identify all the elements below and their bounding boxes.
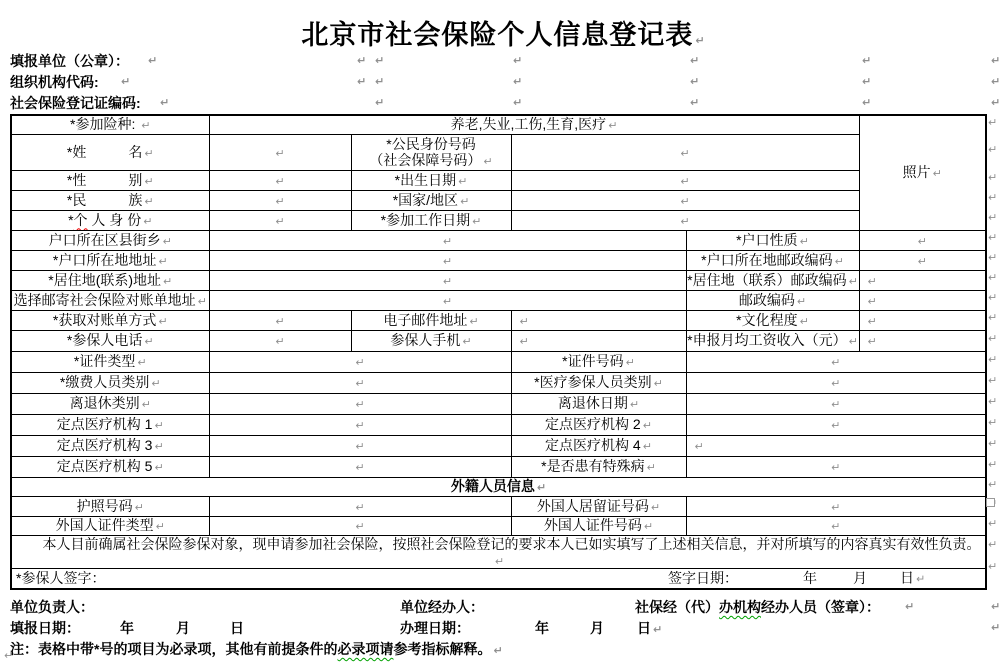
pilcrow-mark: ↵ [988,478,997,491]
text-segment: *参保人签字： [16,570,105,586]
empty-value-cell[interactable]: ↵ [209,230,686,250]
text-segment: *姓 名 [67,144,142,160]
pilcrow-mark: ↵ [862,96,871,109]
pilcrow-mark: ↵ [831,419,840,432]
text-segment: 日 [230,620,244,636]
pilcrow-mark: ↵ [868,335,877,348]
field-label-cell: *姓 名↵ [11,134,209,170]
footer-field-label: 单位负责人： [10,597,94,617]
pilcrow-mark: ↵ [653,623,662,636]
footer-field-label: 办理日期： [400,618,470,638]
text-segment: *缴费人员类别 [60,374,149,390]
pilcrow-mark: ↵ [797,295,806,308]
pilcrow-mark: ↵ [154,461,163,474]
empty-value-cell[interactable]: ↵ [209,330,351,351]
field-label-cell: 外国人居留证号码↵ [511,496,686,516]
empty-value-cell[interactable]: ↵ [511,210,859,230]
pilcrow-mark: ↵ [918,255,927,268]
empty-value-cell[interactable]: ↵ [209,270,686,290]
empty-value-cell[interactable]: ↵ [686,435,986,456]
field-label-cell: *参加险种: ↵ [11,115,209,134]
pilcrow-mark: ↵ [443,275,452,288]
pilcrow-mark: ↵ [651,501,660,514]
pilcrow-mark: ↵ [988,458,997,471]
header-field-label: 组织机构代码: [10,72,99,92]
table-row: 选择邮寄社会保险对账单地址↵↵邮政编码↵↵ [11,290,986,310]
pilcrow-mark: ↵ [831,356,840,369]
text-segment: *参加险种: [70,116,139,132]
pilcrow-mark: ↵ [868,295,877,308]
pilcrow-mark: ↵ [357,75,366,88]
header-field-label: 填报单位（公章）： [10,51,129,71]
pilcrow-mark: ↵ [862,54,871,67]
text-segment: 外国人证件号码 [544,517,642,533]
empty-value-cell[interactable]: ↵ [209,393,511,414]
pilcrow-mark: ↵ [991,75,1000,88]
field-label-cell: *国家/地区↵ [351,190,511,210]
pilcrow-mark: ↵ [988,437,997,450]
pilcrow-mark: ↵ [988,251,997,264]
footer-line: 注：表格中带*号的项目为必录项，其他有前提条件的必录项请参考指标解释。↵ [0,639,1007,657]
text-segment: *户口所在地地址 [53,252,156,268]
signature-date-field: 签字日期： [668,570,738,586]
empty-value-cell[interactable]: ↵ [686,372,986,393]
pilcrow-mark: ↵ [144,335,153,348]
table-row: *个 人 身 份↵↵*参加工作日期↵↵ [11,210,986,230]
pilcrow-mark: ↵ [680,215,689,228]
pilcrow-mark: ↵ [988,231,997,244]
pilcrow-mark: ↵ [154,440,163,453]
field-label-cell: 离退休类别↵ [11,393,209,414]
empty-value-cell[interactable]: ↵ [686,351,986,372]
pilcrow-mark: ↵ [988,517,997,530]
header-line: 组织机构代码:↵↵↵↵↵↵↵ [0,72,1007,90]
field-label-cell: *公民身份号码 （社会保障号码）↵ [351,134,511,170]
footer-field-label: 日 [230,618,244,638]
field-label-cell: *获取对账单方式↵ [11,310,209,330]
field-label-cell: *个 人 身 份↵ [11,210,209,230]
text-segment: *性 别 [67,172,142,188]
field-label-cell: *医疗参保人员类别↵ [511,372,686,393]
pilcrow-mark: ↵ [643,440,652,453]
text-segment: 填报单位（公章）： [10,53,129,69]
pilcrow-mark: ↵ [355,501,364,514]
table-row: *性 别↵↵*出生日期↵↵ [11,170,986,190]
pilcrow-mark: ↵ [849,335,858,348]
text-segment: 定点医疗机构 4 [545,437,641,453]
pilcrow-mark: ↵ [355,419,364,432]
declaration-statement: 本人目前确属社会保险参保对象，现申请参加社会保险，按照社会保险登记的要求本人已如… [11,535,986,569]
field-label-cell: *户口所在地地址↵ [11,250,209,270]
pilcrow-mark: ↵ [275,195,284,208]
field-label-cell: *户口所在地邮政编码↵ [686,250,859,270]
pilcrow-mark: ↵ [680,147,689,160]
table-row: 离退休类别↵↵离退休日期↵↵ [11,393,986,414]
field-label-cell: *性 别↵ [11,170,209,190]
empty-value-cell[interactable]: ↵ [209,134,351,170]
text-segment: 护照号码 [77,498,133,514]
pilcrow-mark: ↵ [835,255,844,268]
field-label-cell: *证件号码↵ [511,351,686,372]
text-segment: 社会保险登记证编码: [10,95,141,111]
pilcrow-mark: ↵ [144,175,153,188]
text-segment: *民 族 [67,192,142,208]
text-segment: *医疗参保人员类别 [534,374,651,390]
text-segment: 日 [900,570,914,586]
footer-line: 填报日期：年月日办理日期：年月日↵↵ [0,618,1007,636]
pilcrow-mark: ↵ [160,96,169,109]
footer-field-label: 月 [176,618,190,638]
table-row: *户口所在地地址↵↵*户口所在地邮政编码↵↵ [11,250,986,270]
table-row: 定点医疗机构 1↵↵定点医疗机构 2↵↵ [11,414,986,435]
header-field-label: 社会保险登记证编码: [10,93,141,113]
pilcrow-mark: ↵ [680,195,689,208]
text-segment: 定点医疗机构 2 [545,416,641,432]
text-segment: 组织机构代码: [10,74,99,90]
text-segment: 单位经办人： [400,599,484,615]
pilcrow-mark: ↵ [355,377,364,390]
text-segment: 参保人手机 [390,332,460,348]
spellcheck-underline: 个 [74,212,88,228]
field-label-cell: 选择邮寄社会保险对账单地址↵ [11,290,209,310]
pilcrow-mark: ↵ [375,96,384,109]
table-row: 定点医疗机构 3↵↵定点医疗机构 4↵↵ [11,435,986,456]
field-label-cell: 定点医疗机构 1↵ [11,414,209,435]
pilcrow-mark: ↵ [916,573,925,586]
pilcrow-mark: ↵ [355,398,364,411]
footer-field-label: 单位经办人： [400,597,484,617]
text-segment: *文化程度 [736,312,797,328]
table-row: 户口所在区县街乡↵↵*户口性质↵↵ [11,230,986,250]
pilcrow-mark: ↵ [121,75,130,88]
pilcrow-mark: ↵ [143,215,152,228]
empty-value-cell[interactable]: ↵ [209,351,511,372]
empty-value-cell[interactable]: ↵ [209,190,351,210]
empty-value-cell[interactable]: ↵ [209,210,351,230]
pilcrow-mark: ↵ [460,195,469,208]
pilcrow-mark: ↵ [513,75,522,88]
field-label-cell: 外国人证件号码↵ [511,516,686,535]
table-row: *获取对账单方式↵↵电子邮件地址↵↵*文化程度↵↵ [11,310,986,330]
spellcheck-underline: 必录项请 [337,641,393,657]
pilcrow-mark: ↵ [608,119,617,132]
text-segment: 年 [120,620,134,636]
pilcrow-mark: ↵ [988,311,997,324]
pilcrow-mark: ↵ [800,235,809,248]
empty-value-cell[interactable]: ↵ [511,190,859,210]
pilcrow-mark: ↵ [988,374,997,387]
pilcrow-mark: ↵ [4,649,13,662]
header-line: 填报单位（公章）：↵↵↵↵↵↵↵ [0,51,1007,69]
empty-value-cell[interactable]: ↵ [209,290,686,310]
signature-date-field: 月 [853,570,867,586]
table-row: *姓 名↵↵*公民身份号码 （社会保障号码）↵↵ [11,134,986,170]
pilcrow-mark: ↵ [988,191,997,204]
footer-field-label: 月 [590,618,604,638]
pilcrow-mark: ↵ [988,271,997,284]
text-segment: *参保人电话 [67,332,142,348]
table-row: *参保人电话↵↵参保人手机↵↵*申报月均工资收入（元）↵↵ [11,330,986,351]
empty-value-cell[interactable]: ↵ [209,170,351,190]
empty-value-cell[interactable]: ↵ [209,250,686,270]
table-row: 外国人证件类型↵↵外国人证件号码↵↵ [11,516,986,535]
table-row: *民 族↵↵*国家/地区↵↵ [11,190,986,210]
pilcrow-mark: ↵ [375,54,384,67]
pilcrow-mark: ↵ [643,419,652,432]
footer-field-label: 日↵ [637,618,662,638]
field-label-cell: *参保人电话↵ [11,330,209,351]
pilcrow-mark: ↵ [355,356,364,369]
pilcrow-mark: ↵ [988,332,997,345]
pilcrow-mark: ↵ [831,398,840,411]
empty-value-cell[interactable]: ↵ [209,496,511,516]
pilcrow-mark: ↵ [988,291,997,304]
field-label-cell: *申报月均工资收入（元）↵ [686,330,859,351]
empty-value-cell[interactable]: ↵ [686,414,986,435]
photo-box[interactable]: 照片↵ [859,115,986,230]
pilcrow-mark: ↵ [644,520,653,533]
text-segment: *居住地（联系）邮政编码 [687,272,846,288]
pilcrow-mark: ↵ [988,353,997,366]
pilcrow-mark: ↵ [472,215,481,228]
pilcrow-mark: ↵ [375,75,384,88]
pilcrow-mark: ↵ [991,621,1000,634]
pilcrow-mark: ↵ [275,175,284,188]
text-segment: 户口所在区县街乡 [49,232,161,248]
pilcrow-mark: ↵ [868,315,877,328]
pilcrow-mark: ↵ [483,155,492,168]
page-title-text: 北京市社会保险个人信息登记表 [301,20,693,50]
text-segment: *是否患有特殊病 [541,458,644,474]
pilcrow-mark: ↵ [647,461,656,474]
pilcrow-mark: ↵ [163,275,172,288]
pilcrow-mark: ↵ [991,54,1000,67]
pilcrow-mark: ↵ [988,171,997,184]
text-segment: 养老,失业,工伤,生育,医疗 [451,116,607,132]
empty-value-cell[interactable]: ↵ [209,372,511,393]
footer-field-label: 填报日期： [10,618,80,638]
pilcrow-mark: ↵ [144,195,153,208]
field-label-cell: *参加工作日期↵ [351,210,511,230]
pilcrow-mark: ↵ [988,211,997,224]
text-segment: 外籍人员信息 [451,478,535,494]
text-segment: *申报月均工资收入（元） [687,332,846,348]
empty-value-cell[interactable]: ↵ [859,250,986,270]
pilcrow-mark: ↵ [135,501,144,514]
text-segment: *获取对账单方式 [53,312,156,328]
text-segment: 邮政编码 [739,292,795,308]
table-row: *缴费人员类别↵↵*医疗参保人员类别↵↵ [11,372,986,393]
empty-value-cell[interactable]: ↵ [859,290,986,310]
empty-value-cell[interactable]: ↵ [511,330,686,351]
text-segment: *出生日期 [395,172,456,188]
table-row: *证件类型↵↵*证件号码↵↵ [11,351,986,372]
field-label-cell: 定点医疗机构 4↵ [511,435,686,456]
table-row: 外籍人员信息↵ [11,477,986,496]
text-segment: *证件号码 [562,353,623,369]
text-segment: 人 身 份 [88,212,142,228]
text-segment: 经办人员（签章）： [761,599,880,615]
pilcrow-mark: ↵ [148,54,157,67]
field-label-cell: 护照号码↵ [11,496,209,516]
pilcrow-mark: ↵ [537,481,546,494]
text-segment: 办理日期： [400,620,470,636]
pilcrow-mark: ↵ [355,440,364,453]
text-segment: 签字日期： [668,570,738,586]
registration-table: *参加险种: ↵养老,失业,工伤,生育,医疗↵照片↵*姓 名↵↵*公民身份号码 … [10,114,987,590]
field-label-cell: 定点医疗机构 3↵ [11,435,209,456]
pilcrow-mark: ↵ [154,419,163,432]
text-segment: 社保经（代） [635,599,719,615]
table-row: 护照号码↵↵外国人居留证号码↵↵ [11,496,986,516]
text-segment: 离退休类别 [70,395,140,411]
field-label-cell: 参保人手机↵ [351,330,511,351]
empty-value-cell[interactable]: ↵ [859,270,986,290]
pilcrow-mark: ↵ [933,167,942,180]
field-label-cell: 邮政编码↵ [686,290,859,310]
pilcrow-mark: ↵ [800,315,809,328]
empty-value-cell[interactable]: ↵ [209,414,511,435]
pilcrow-mark: ↵ [849,275,858,288]
empty-value-cell[interactable]: ↵ [686,516,986,535]
empty-value-cell[interactable]: ↵ [209,310,351,330]
pilcrow-mark: ↵ [495,555,504,568]
pilcrow-mark: ↵ [695,34,705,47]
text-segment: 照片 [903,164,931,180]
field-label-cell: *证件类型↵ [11,351,209,372]
empty-value-cell[interactable]: ↵ [209,516,511,535]
pilcrow-mark: ↵ [462,335,471,348]
empty-value-cell[interactable]: ↵ [859,330,986,351]
empty-value-cell[interactable]: ↵ [686,393,986,414]
header-line: 社会保险登记证编码:↵↵↵↵↵↵ [0,93,1007,111]
pilcrow-mark: ↵ [275,335,284,348]
pilcrow-mark: ↵ [988,395,997,408]
pilcrow-mark: ↵ [158,315,167,328]
pilcrow-mark: ↵ [988,116,997,129]
text-segment: 年 [535,620,549,636]
text-segment: *居住地(联系)地址 [48,272,161,288]
empty-value-cell[interactable]: ↵ [859,310,986,330]
signer-signature-row: *参保人签字：签字日期：年月日↵ [11,569,986,589]
text-segment: 填报日期： [10,620,80,636]
text-segment: *证件类型 [74,353,135,369]
table-row: *居住地(联系)地址↵↵*居住地（联系）邮政编码↵↵ [11,270,986,290]
field-label-cell: *缴费人员类别↵ [11,372,209,393]
pilcrow-mark: ↵ [513,54,522,67]
table-row: *参加险种: ↵养老,失业,工伤,生育,医疗↵照片↵ [11,115,986,134]
field-label-cell: 户口所在区县街乡↵ [11,230,209,250]
text-segment: 月 [590,620,604,636]
footer-field-label: 注：表格中带*号的项目为必录项，其他有前提条件的必录项请参考指标解释。↵ [10,639,503,659]
pilcrow-mark: ↵ [626,356,635,369]
pilcrow-mark: ↵ [991,600,1000,613]
text-segment: 年 [803,570,817,586]
text-segment: 电子邮件地址 [383,312,467,328]
pilcrow-mark: ↵ [137,356,146,369]
footer-line: 单位负责人：单位经办人：社保经（代）办机构经办人员（签章）：↵↵ [0,597,1007,615]
text-segment: 参考指标解释。 [393,641,491,657]
text-segment: 注：表格中带*号的项目为必录项，其他有前提条件的 [10,641,337,657]
pilcrow-mark: ↵ [680,175,689,188]
text-segment: 选择邮寄社会保险对账单地址 [14,292,196,308]
field-label-cell: 定点医疗机构 5↵ [11,456,209,477]
table-row: 本人目前确属社会保险参保对象，现申请参加社会保险，按照社会保险登记的要求本人已如… [11,535,986,569]
pilcrow-mark: ↵ [868,275,877,288]
empty-value-cell[interactable]: ↵ [686,456,986,477]
insurance-types-value: 养老,失业,工伤,生育,医疗↵ [209,115,859,134]
text-segment: *户口性质 [736,232,797,248]
pilcrow-mark: ↵ [690,75,699,88]
pilcrow-mark: ↵ [513,96,522,109]
spellcheck-underline: 办机构 [719,599,761,615]
pilcrow-mark: ↵ [198,295,207,308]
pilcrow-mark: ↵ [991,96,1000,109]
text-segment: 定点医疗机构 1 [57,416,153,432]
pilcrow-mark: ↵ [630,398,639,411]
pilcrow-mark: ↵ [862,75,871,88]
field-label-cell: *民 族↵ [11,190,209,210]
text-segment: 定点医疗机构 3 [57,437,153,453]
footer-field-label: 年 [120,618,134,638]
empty-value-cell[interactable]: ↵ [209,456,511,477]
pilcrow-mark: ↵ [443,295,452,308]
pilcrow-mark: ↵ [988,560,997,573]
pilcrow-mark: ↵ [988,416,997,429]
empty-value-cell[interactable]: ↵ [209,435,511,456]
signature-date-field: 年 [803,570,817,586]
text-segment: 本人目前确属社会保险参保对象，现申请参加社会保险，按照社会保险登记的要求本人已如… [43,536,981,552]
pilcrow-mark: ↵ [520,335,529,348]
text-segment: *参加工作日期 [381,212,470,228]
field-label-cell: 外国人证件类型↵ [11,516,209,535]
footer-field-label: 社保经（代）办机构经办人员（签章）： [635,597,880,617]
pilcrow-mark: ↵ [695,440,704,453]
page-title: 北京市社会保险个人信息登记表↵ [0,13,1007,52]
table-row: 定点医疗机构 5↵↵*是否患有特殊病↵↵ [11,456,986,477]
empty-value-cell[interactable]: ↵ [859,230,986,250]
pilcrow-mark: ↵ [469,315,478,328]
pilcrow-mark: ↵ [654,377,663,390]
pilcrow-mark: ↵ [493,644,502,657]
text-segment: *户口所在地邮政编码 [701,252,832,268]
empty-value-cell[interactable]: ↵ [511,134,859,170]
object-anchor-square [986,498,995,507]
text-segment: 定点医疗机构 5 [57,458,153,474]
empty-value-cell[interactable]: ↵ [511,170,859,190]
empty-value-cell[interactable]: ↵ [686,496,986,516]
field-label-cell: 定点医疗机构 2↵ [511,414,686,435]
signer-signature-label: *参保人签字： [16,570,105,586]
pilcrow-mark: ↵ [144,147,153,160]
pilcrow-mark: ↵ [163,235,172,248]
pilcrow-mark: ↵ [831,520,840,533]
field-label-cell: *户口性质↵ [686,230,859,250]
text-segment: *国家/地区 [393,192,458,208]
pilcrow-mark: ↵ [690,54,699,67]
text-segment: 月 [176,620,190,636]
pilcrow-mark: ↵ [690,96,699,109]
empty-value-cell[interactable]: ↵ [511,310,686,330]
pilcrow-mark: ↵ [443,235,452,248]
text-segment: 外国人证件类型 [56,517,154,533]
pilcrow-mark: ↵ [158,255,167,268]
text-segment: 单位负责人： [10,599,94,615]
field-label-cell: 电子邮件地址↵ [351,310,511,330]
pilcrow-mark: ↵ [275,215,284,228]
pilcrow-mark: ↵ [831,461,840,474]
field-label-cell: *文化程度↵ [686,310,859,330]
